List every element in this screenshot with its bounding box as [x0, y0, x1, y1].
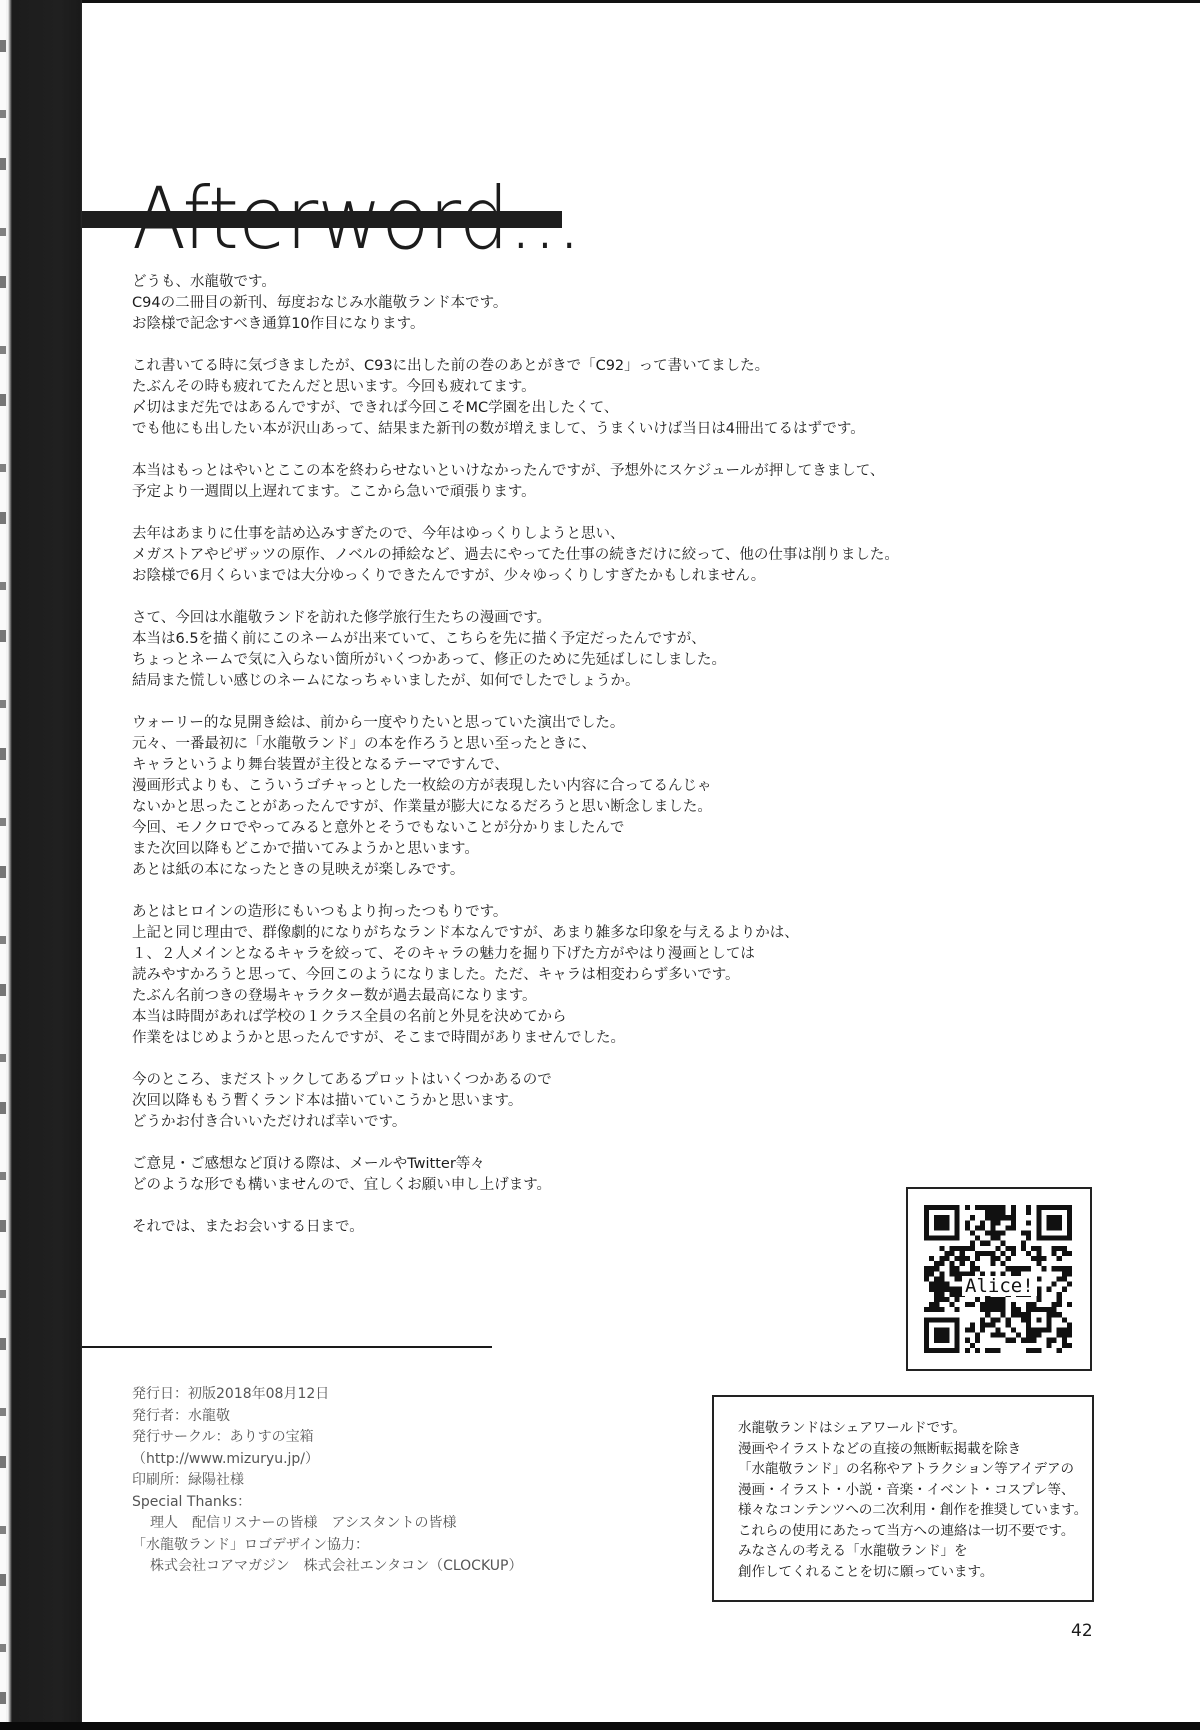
- credit-line: 発行サークル：ありすの宝箱: [132, 1427, 592, 1449]
- text-line: また次回以降もどこかで描いてみようかと思います。: [132, 839, 1032, 860]
- text-line: 今のところ、まだストックしてあるプロットはいくつかあるので: [132, 1070, 1032, 1091]
- text-line: ご意見・ご感想など頂ける際は、メールやTwitter等々: [132, 1154, 1032, 1175]
- title-underline-bar: [82, 211, 562, 228]
- text-line: お陰様で6月くらいまでは大分ゆっくりできたんですが、少々ゆっくりしすぎたかもしれ…: [132, 566, 1032, 587]
- afterword-body: どうも、水龍敬です。C94の二冊目の新刊、毎度おなじみ水龍敬ランド本です。お陰様…: [132, 272, 1032, 1259]
- text-line: 上記と同じ理由で、群像劇的になりがちなランド本なんですが、あまり雑多な印象を与え…: [132, 923, 1032, 944]
- notice-line: 漫画・イラスト・小説・音楽・イベント・コスプレ等、: [738, 1480, 1087, 1501]
- text-line: 漫画形式よりも、こういうゴチャっとした一枚絵の方が表現したい内容に合ってるんじゃ: [132, 776, 1032, 797]
- paragraph: ウォーリー的な見開き絵は、前から一度やりたいと思っていた演出でした。元々、一番最…: [132, 713, 1032, 881]
- text-line: 去年はあまりに仕事を詰め込みすぎたので、今年はゆっくりしようと思い、: [132, 524, 1032, 545]
- credit-line: 発行者：水龍敬: [132, 1406, 592, 1428]
- paragraph: どうも、水龍敬です。C94の二冊目の新刊、毎度おなじみ水龍敬ランド本です。お陰様…: [132, 272, 1032, 335]
- text-line: ちょっとネームで気に入らない箇所がいくつかあって、修正のために先延ばしにしました…: [132, 650, 1032, 671]
- text-line: 本当は6.5を描く前にこのネームが出来ていて、こちらを先に描く予定だったんですが…: [132, 629, 1032, 650]
- text-line: 予定より一週間以上遅れてます。ここから急いで頑張ります。: [132, 482, 1032, 503]
- paragraph: 去年はあまりに仕事を詰め込みすぎたので、今年はゆっくりしようと思い、メガストアや…: [132, 524, 1032, 587]
- text-line: お陰様で記念すべき通算10作目になります。: [132, 314, 1032, 335]
- text-line: 作業をはじめようかと思ったんですが、そこまで時間がありませんでした。: [132, 1028, 1032, 1049]
- notice-line: 漫画やイラストなどの直接の無断転掲載を除き: [738, 1439, 1087, 1460]
- notice-text: 水龍敬ランドはシェアワールドです。漫画やイラストなどの直接の無断転掲載を除き「水…: [738, 1418, 1087, 1582]
- notice-line: 「水龍敬ランド」の名称やアトラクション等アイデアの: [738, 1459, 1087, 1480]
- paragraph: さて、今回は水龍敬ランドを訪れた修学旅行生たちの漫画です。本当は6.5を描く前に…: [132, 608, 1032, 692]
- notice-line: 様々なコンテンツへの二次利用・創作を推奨しています。: [738, 1500, 1087, 1521]
- text-line: C94の二冊目の新刊、毎度おなじみ水龍敬ランド本です。: [132, 293, 1032, 314]
- binding-strip: [0, 0, 82, 1730]
- notice-line: みなさんの考える「水龍敬ランド」を: [738, 1541, 1087, 1562]
- text-line: ウォーリー的な見開き絵は、前から一度やりたいと思っていた演出でした。: [132, 713, 1032, 734]
- text-line: どのような形でも構いませんので、宜しくお願い申し上げます。: [132, 1175, 1032, 1196]
- text-line: 結局また慌しい感じのネームになっちゃいましたが、如何でしたでしょうか。: [132, 671, 1032, 692]
- credit-line: 「水龍敬ランド」ロゴデザイン協力：: [132, 1535, 592, 1557]
- paragraph: ご意見・ご感想など頂ける際は、メールやTwitter等々どのような形でも構いませ…: [132, 1154, 1032, 1196]
- text-line: どうも、水龍敬です。: [132, 272, 1032, 293]
- paragraph: これ書いてる時に気づきましたが、C93に出した前の巻のあとがきで「C92」って書…: [132, 356, 1032, 440]
- credit-line: 理人 配信リスナーの皆様 アシスタントの皆様: [132, 1513, 592, 1535]
- paragraph: 今のところ、まだストックしてあるプロットはいくつかあるので次回以降ももう暫くラン…: [132, 1070, 1032, 1133]
- qr-code-box[interactable]: Alice!: [906, 1187, 1092, 1371]
- publication-credits: 発行日：初版2018年08月12日発行者：水龍敬発行サークル：ありすの宝箱（ht…: [132, 1384, 592, 1578]
- text-line: 本当はもっとはやいとここの本を終わらせないといけなかったんですが、予想外にスケジ…: [132, 461, 1032, 482]
- page-number: 42: [1071, 1621, 1093, 1641]
- text-line: 元々、一番最初に「水龍敬ランド」の本を作ろうと思い至ったときに、: [132, 734, 1032, 755]
- text-line: メガストアやピザッツの原作、ノベルの挿絵など、過去にやってた仕事の続きだけに絞っ…: [132, 545, 1032, 566]
- text-line: あとは紙の本になったときの見映えが楽しみです。: [132, 860, 1032, 881]
- notice-line: 水龍敬ランドはシェアワールドです。: [738, 1418, 1087, 1439]
- text-line: どうかお付き合いいただければ幸いです。: [132, 1112, 1032, 1133]
- text-line: 〆切はまだ先ではあるんですが、できれば今回こそMC学園を出したくて、: [132, 398, 1032, 419]
- text-line: 読みやすかろうと思って、今回このようになりました。ただ、キャラは相変わらず多いで…: [132, 965, 1032, 986]
- text-line: それでは、またお会いする日まで。: [132, 1217, 1032, 1238]
- paragraph: 本当はもっとはやいとここの本を終わらせないといけなかったんですが、予想外にスケジ…: [132, 461, 1032, 503]
- text-line: これ書いてる時に気づきましたが、C93に出した前の巻のあとがきで「C92」って書…: [132, 356, 1032, 377]
- credit-line: 発行日：初版2018年08月12日: [132, 1384, 592, 1406]
- text-line: １、２人メインとなるキャラを絞って、そのキャラの魅力を掘り下げた方がやはり漫画と…: [132, 944, 1032, 965]
- share-world-notice: 水龍敬ランドはシェアワールドです。漫画やイラストなどの直接の無断転掲載を除き「水…: [712, 1395, 1094, 1602]
- page-bottom-edge: [0, 1722, 1200, 1730]
- credit-line: 株式会社コアマガジン 株式会社エンタコン（CLOCKUP）: [132, 1556, 592, 1578]
- qr-label: Alice!: [962, 1276, 1037, 1296]
- text-line: ないかと思ったことがあったんですが、作業量が膨大になるだろうと思い断念しました。: [132, 797, 1032, 818]
- text-line: たぶんその時も疲れてたんだと思います。今回も疲れてます。: [132, 377, 1032, 398]
- page-top-edge: [0, 0, 1200, 3]
- text-line: 次回以降ももう暫くランド本は描いていこうかと思います。: [132, 1091, 1032, 1112]
- credit-line: 印刷所：緑陽社様: [132, 1470, 592, 1492]
- credit-line: （http://www.mizuryu.jp/）: [132, 1449, 592, 1471]
- paragraph: あとはヒロインの造形にもいつもより拘ったつもりです。上記と同じ理由で、群像劇的に…: [132, 902, 1032, 1049]
- text-line: でも他にも出したい本が沢山あって、結果また新刊の数が増えまして、うまくいけば当日…: [132, 419, 1032, 440]
- text-line: 今回、モノクロでやってみると意外とそうでもないことが分かりましたんで: [132, 818, 1032, 839]
- text-line: あとはヒロインの造形にもいつもより拘ったつもりです。: [132, 902, 1032, 923]
- notice-line: これらの使用にあたって当方への連絡は一切不要です。: [738, 1521, 1087, 1542]
- paragraph: それでは、またお会いする日まで。: [132, 1217, 1032, 1238]
- text-line: 本当は時間があれば学校の１クラス全員の名前と外見を決めてから: [132, 1007, 1032, 1028]
- credits-divider: [82, 1346, 492, 1348]
- text-line: たぶん名前つきの登場キャラクター数が過去最高になります。: [132, 986, 1032, 1007]
- text-line: キャラというより舞台装置が主役となるテーマですんで、: [132, 755, 1032, 776]
- credit-line: Special Thanks：: [132, 1492, 592, 1514]
- notice-line: 創作してくれることを切に願っています。: [738, 1562, 1087, 1583]
- text-line: さて、今回は水龍敬ランドを訪れた修学旅行生たちの漫画です。: [132, 608, 1032, 629]
